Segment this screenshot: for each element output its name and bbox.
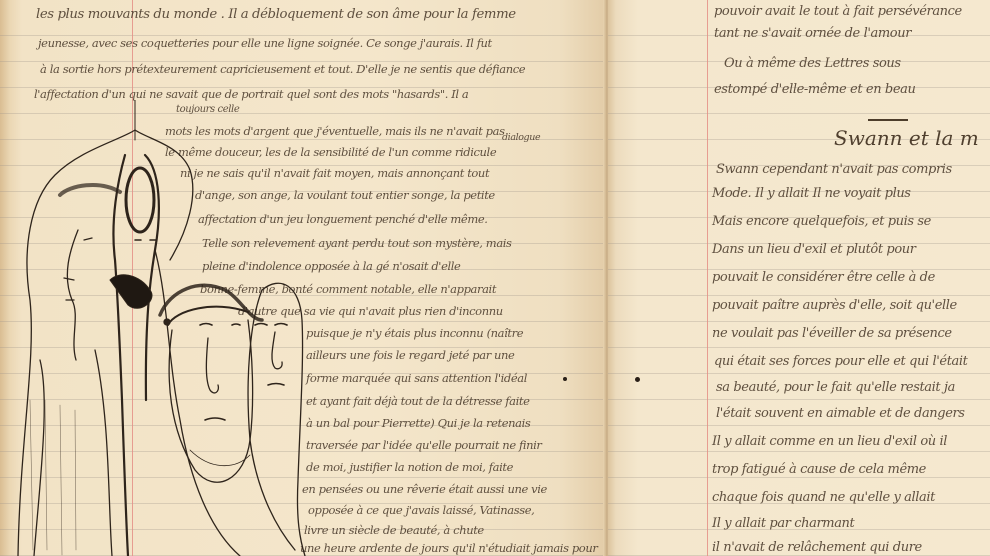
handwritten-line: de moi, justifier la notion de moi, fait…	[306, 460, 513, 474]
handwritten-line: ne voulait pas l'éveiller de sa présence	[712, 326, 952, 341]
ink-sketch-faces	[0, 100, 320, 556]
handwritten-line: Il y allait par charmant	[712, 516, 854, 531]
handwritten-line: jeunesse, avec ses coquetteries pour ell…	[38, 36, 492, 50]
handwritten-line: Mais encore quelquefois, et puis se	[712, 214, 931, 229]
handwritten-line: opposée à ce que j'avais laissé, Vatinas…	[308, 503, 534, 517]
handwritten-line: et ayant fait déjà tout de la détresse f…	[306, 394, 530, 408]
handwritten-insertion: dialogue	[502, 132, 540, 143]
section-title: Swann et la m	[834, 126, 979, 150]
handwritten-line: ailleurs une fois le regard jeté par une	[306, 348, 514, 362]
handwritten-line: livre un siècle de beauté, à chute	[304, 523, 484, 537]
handwritten-line: pouvoir avait le tout à fait persévéranc…	[714, 4, 962, 19]
handwritten-line: Dans un lieu d'exil et plutôt pour	[712, 242, 916, 257]
handwritten-line: Mode. Il y allait Il ne voyait plus	[712, 186, 911, 201]
handwritten-line: sa beauté, pour le fait qu'elle restait …	[716, 380, 955, 395]
handwritten-line: à un bal pour Pierrette) Qui je la reten…	[306, 416, 530, 430]
ink-spot	[563, 377, 567, 381]
handwritten-line: Swann cependant n'avait pas compris	[716, 162, 952, 177]
handwritten-line: Il y allait comme en un lieu d'exil où i…	[712, 434, 947, 449]
handwritten-line: Ou à même des Lettres sous	[724, 56, 901, 71]
handwritten-line: pouvait le considérer être celle à de	[712, 270, 935, 285]
handwritten-line: puisque je n'y étais plus inconnu (naîtr…	[306, 326, 523, 340]
handwritten-line: il n'avait de relâchement qui dure	[712, 540, 922, 555]
manuscript-spread: les plus mouvants du monde . Il a débloq…	[0, 0, 990, 556]
handwritten-line: en pensées ou une rêverie était aussi un…	[302, 482, 547, 496]
handwritten-line: une heure ardente de jours qu'il n'étudi…	[300, 541, 597, 555]
handwritten-line: pouvait paître auprès d'elle, soit qu'el…	[712, 298, 957, 313]
right-page-margin-rule	[707, 0, 708, 556]
handwritten-line: à la sortie hors prétexteurement caprici…	[40, 62, 525, 76]
handwritten-line: estompé d'elle-même et en beau	[714, 82, 915, 97]
handwritten-line: qui était ses forces pour elle et qui l'…	[714, 354, 967, 369]
handwritten-line: chaque fois quand ne qu'elle y allait	[712, 490, 935, 505]
handwritten-line: trop fatigué à cause de cela même	[712, 462, 926, 477]
left-page: les plus mouvants du monde . Il a débloq…	[0, 0, 608, 556]
ink-spot	[635, 377, 640, 382]
handwritten-line: l'était souvent en aimable et de dangers	[716, 406, 965, 421]
handwritten-line: les plus mouvants du monde . Il a débloq…	[36, 7, 516, 22]
handwritten-line: forme marquée qui sans attention l'idéal	[306, 371, 527, 385]
right-page: pouvoir avait le tout à fait persévéranc…	[608, 0, 990, 556]
handwritten-line: traversée par l'idée qu'elle pourrait ne…	[306, 438, 542, 452]
section-divider	[868, 119, 908, 121]
handwritten-line: l'affectation d'un qui ne savait que de …	[34, 87, 468, 101]
handwritten-line: tant ne s'avait ornée de l'amour	[714, 26, 911, 41]
